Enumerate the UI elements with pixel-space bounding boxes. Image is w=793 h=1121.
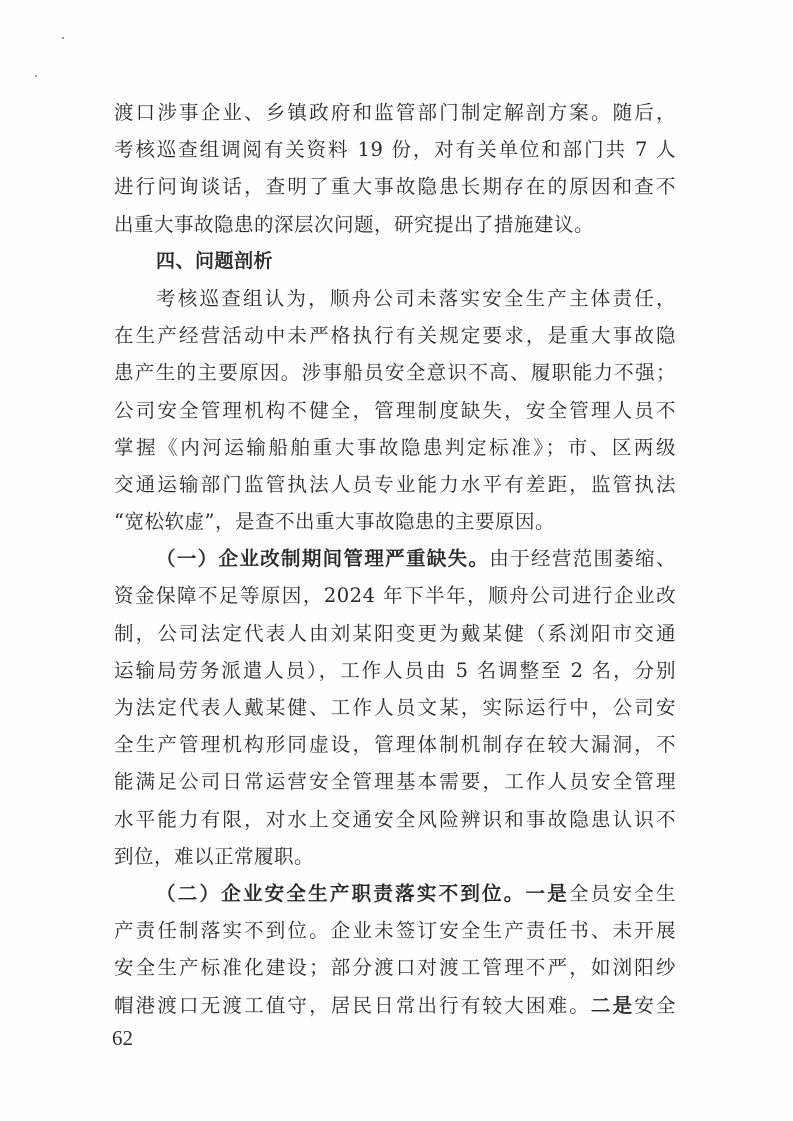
item-1-text: 由于经营范围萎缩、 [489,547,676,570]
text-line: 进行问询谈话，查明了重大事故隐患长期存在的原因和查不 [114,168,676,205]
text-line: 资金保障不足等原因，2024 年下半年，顺舟公司进行企业改 [114,577,676,614]
document-body: 渡口涉事企业、乡镇政府和监管部门制定解剖方案。随后， 考核巡查组调阅有关资料 1… [114,94,676,1024]
item-2-text: 全员安全生 [569,882,676,905]
paragraph-item-1: （一）企业改制期间管理严重缺失。由于经营范围萎缩、 资金保障不足等原因，2024… [114,540,676,875]
text-line: 公司安全管理机构不健全，管理制度缺失，安全管理人员不 [114,392,676,429]
text-line: 全生产管理机构形同虚设，管理体制机制存在较大漏洞，不 [114,726,676,763]
item-1-heading: （一）企业改制期间管理严重缺失。 [156,547,489,570]
text-line: （一）企业改制期间管理严重缺失。由于经营范围萎缩、 [114,540,676,577]
item-2-text: 帽港渡口无渡工值守，居民日常出行有较大困难。 [114,994,591,1017]
text-line: 安全生产标准化建设；部分渡口对渡工管理不严，如浏阳纱 [114,949,676,986]
text-line: 到位，难以正常履职。 [114,838,676,875]
text-line: 考核巡查组调阅有关资料 19 份，对有关单位和部门共 7 人 [114,131,676,168]
text-line: 考核巡查组认为，顺舟公司未落实安全生产主体责任， [114,280,676,317]
document-page: 渡口涉事企业、乡镇政府和监管部门制定解剖方案。随后， 考核巡查组调阅有关资料 1… [0,0,793,1121]
item-2-point-2-label: 二是 [591,994,634,1017]
text-line: 在生产经营活动中未严格执行有关规定要求，是重大事故隐 [114,317,676,354]
section-heading: 四、问题剖析 [114,243,676,280]
text-line: 患产生的主要原因。涉事船员安全意识不高、履职能力不强； [114,354,676,391]
item-2-point-1-label: 一是 [526,882,569,905]
text-line: 运输局劳务派遣人员），工作人员由 5 名调整至 2 名，分别 [114,652,676,689]
paragraph-analysis: 考核巡查组认为，顺舟公司未落实安全生产主体责任， 在生产经营活动中未严格执行有关… [114,280,676,540]
item-2-heading: （二）企业安全生产职责落实不到位。 [156,882,526,905]
text-line: 掌握《内河运输船舶重大事故隐患判定标准》；市、区两级 [114,429,676,466]
item-2-text: 安全 [634,994,676,1017]
text-line: “宽松软虚”，是查不出重大事故隐患的主要原因。 [114,503,676,540]
scan-speck [35,75,37,77]
page-number: 62 [112,1026,133,1051]
text-line: 交通运输部门监管执法人员专业能力水平有差距，监管执法 [114,466,676,503]
text-line: 为法定代表人戴某健、工作人员文某，实际运行中，公司安 [114,689,676,726]
paragraph-continuation: 渡口涉事企业、乡镇政府和监管部门制定解剖方案。随后， 考核巡查组调阅有关资料 1… [114,94,676,243]
text-line: 帽港渡口无渡工值守，居民日常出行有较大困难。二是安全 [114,987,676,1024]
text-line: 产责任制落实不到位。企业未签订安全生产责任书、未开展 [114,912,676,949]
text-line: 水平能力有限，对水上交通安全风险辨识和事故隐患认识不 [114,801,676,838]
text-line: 渡口涉事企业、乡镇政府和监管部门制定解剖方案。随后， [114,94,676,131]
text-line: 能满足公司日常运营安全管理基本需要，工作人员安全管理 [114,763,676,800]
scan-speck [62,37,64,39]
text-line: （二）企业安全生产职责落实不到位。一是全员安全生 [114,875,676,912]
text-line: 制，公司法定代表人由刘某阳变更为戴某健（系浏阳市交通 [114,615,676,652]
text-line: 出重大事故隐患的深层次问题，研究提出了措施建议。 [114,206,676,243]
paragraph-item-2: （二）企业安全生产职责落实不到位。一是全员安全生 产责任制落实不到位。企业未签订… [114,875,676,1024]
